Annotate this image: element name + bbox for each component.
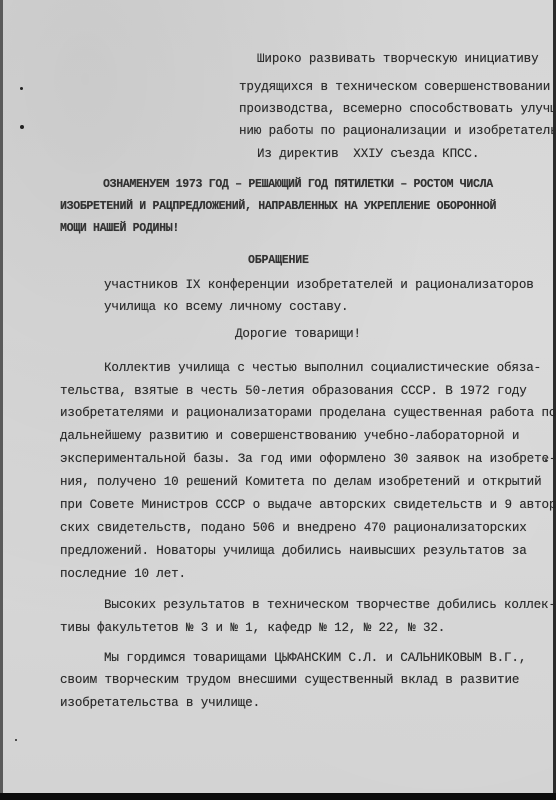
body-line: изобретателями и рационализаторами проде… <box>60 406 556 420</box>
body-line: дальнейшему развитию и совершенствованию… <box>60 429 519 443</box>
salutation: Дорогие товарищи! <box>235 327 361 341</box>
body-line: ских свидетельств, подано 506 и внедрено… <box>60 521 527 535</box>
body-line: Высоких результатов в техническом творче… <box>104 598 556 612</box>
epigraph-source: Из директив XXIУ съезда КПСС. <box>257 147 479 161</box>
body-line: экспериментальной базы. За год ими оформ… <box>60 452 556 466</box>
scan-speck <box>545 459 547 461</box>
body-line: ния, получено 10 решений Комитета по дел… <box>60 475 542 489</box>
epigraph-line: трудящихся в техническом совершенствован… <box>239 80 550 94</box>
body-line: при Совете Министров СССР о выдаче автор… <box>60 498 556 512</box>
body-line: изобретательства в училище. <box>60 696 260 710</box>
scan-speck <box>15 739 17 741</box>
body-line: предложений. Новаторы училища добились н… <box>60 544 527 558</box>
slogan-line: МОЩИ НАШЕЙ РОДИНЫ! <box>60 222 179 236</box>
body-line: Мы гордимся товарищами ЦЫФАНСКИМ С.Л. и … <box>104 651 526 665</box>
epigraph-line: производства, всемерно способствовать ул… <box>239 102 556 116</box>
appeal-title: ОБРАЩЕНИЕ <box>248 254 309 268</box>
appeal-subtitle-line: участников IX конференции изобретателей … <box>104 278 534 292</box>
body-line: тивы факультетов № 3 и № 1, кафедр № 12,… <box>60 621 445 635</box>
body-line: последние 10 лет. <box>60 567 186 581</box>
slogan-line: ИЗОБРЕТЕНИЙ И РАЦПРЕДЛОЖЕНИЙ, НАПРАВЛЕНН… <box>60 200 496 214</box>
appeal-subtitle-line: училища ко всему личному составу. <box>104 300 348 314</box>
body-line: своим творческим трудом внесшими существ… <box>60 673 519 687</box>
scan-speck <box>20 87 23 90</box>
body-line: Коллектив училища с честью выполнил соци… <box>104 361 541 375</box>
epigraph-line: нию работы по рационализации и изобретат… <box>239 124 556 138</box>
slogan-line: ОЗНАМЕНУЕМ 1973 ГОД – РЕШАЮЩИЙ ГОД ПЯТИЛ… <box>103 178 493 192</box>
epigraph-line: Широко развивать творческую инициативу <box>257 52 539 66</box>
document-page: Широко развивать творческую инициативу т… <box>0 0 553 793</box>
body-line: тельства, взятые в честь 50-летия образо… <box>60 384 527 398</box>
scan-speck <box>20 125 24 129</box>
